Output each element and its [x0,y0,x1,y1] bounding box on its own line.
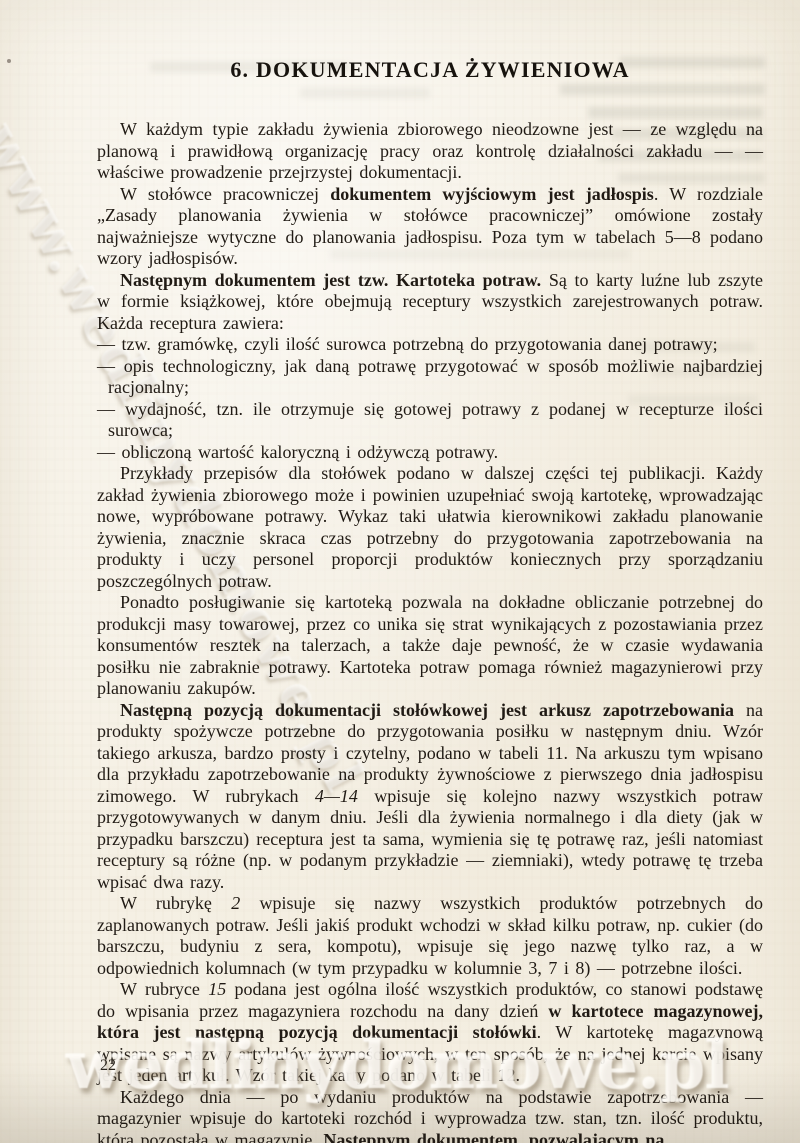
page-number: 22 [100,1057,116,1075]
bullet-opis-technologiczny: — opis technologiczny, jak daną potrawę … [97,356,763,399]
bold-text: Następnym dokumentem jest tzw. Kartoteka… [120,270,541,290]
paragraph-przyklady: Przykłady przepisów dla stołówek podano … [97,463,763,592]
paragraph-rubryka-15: W rubryce 15 podana jest ogólna ilość ws… [97,979,763,1087]
page-title: 6. DOKUMENTACJA ŻYWIENIOWA [97,57,763,83]
bullet-wartosc-kaloryczna: — obliczoną wartość kaloryczną i odżywcz… [97,442,763,464]
text-segment: W każdym typie zakładu żywienia zbiorowe… [97,119,763,182]
paragraph-intro: W każdym typie zakładu żywienia zbiorowe… [97,119,763,184]
text-segment: W rubrykę [120,893,231,913]
bold-text: dokumentem wyjściowym jest jadłospis [330,184,654,204]
ink-speck [7,59,11,63]
paragraph-kazdego-dnia: Każdego dnia — po wydaniu produktów na p… [97,1087,763,1143]
text-segment: W stołówce pracowniczej [120,184,330,204]
text-segment: Ponadto posługiwanie się kartoteką pozwa… [97,592,763,698]
italic-text: 2 [231,893,240,913]
text-segment: W rubryce [120,979,208,999]
paragraph-rubryka-2: W rubrykę 2 wpisuje się nazwy wszystkich… [97,893,763,979]
paragraph-jadlospis: W stołówce pracowniczej dokumentem wyjśc… [97,184,763,270]
paragraph-ponadto: Ponadto posługiwanie się kartoteką pozwa… [97,592,763,700]
scanned-book-page: www.wedlinydomowe.pl 6. DOKUMENTACJA ŻYW… [0,0,800,1143]
paragraph-arkusz-zapotrzebowania: Następną pozycją dokumentacji stołówkowe… [97,700,763,894]
article-body: W każdym typie zakładu żywienia zbiorowe… [97,119,763,1143]
italic-text: 15 [208,979,226,999]
article: 6. DOKUMENTACJA ŻYWIENIOWA W każdym typi… [97,57,763,1143]
bullet-gramowka: — tzw. gramówkę, czyli ilość surowca pot… [97,334,763,356]
italic-text: 4—14 [315,786,358,806]
bullet-wydajnosc: — wydajność, tzn. ile otrzymuje się goto… [97,399,763,442]
text-segment: — obliczoną wartość kaloryczną i odżywcz… [97,442,498,462]
paragraph-kartoteka-potraw: Następnym dokumentem jest tzw. Kartoteka… [97,270,763,335]
bold-text: Następnym dokumentem, pozwalającym na [323,1130,664,1143]
text-segment: — tzw. gramówkę, czyli ilość surowca pot… [97,334,718,354]
text-segment: Przykłady przepisów dla stołówek podano … [97,463,763,591]
text-segment: — opis technologiczny, jak daną potrawę … [97,356,763,398]
bold-text: Następną pozycją dokumentacji stołówkowe… [120,700,734,720]
text-segment: — wydajność, tzn. ile otrzymuje się goto… [97,399,763,441]
